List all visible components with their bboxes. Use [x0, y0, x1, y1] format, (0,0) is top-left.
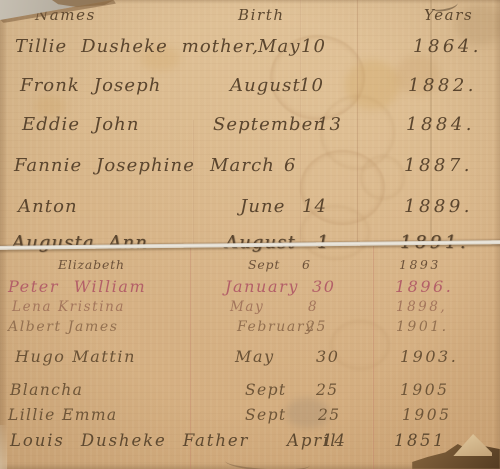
header-years: Years [424, 6, 473, 24]
name-cell: Eddie John [22, 114, 140, 135]
name-cell: Blancha [10, 381, 83, 399]
year-cell: 1898, [396, 299, 447, 315]
year-cell: 1903. [400, 347, 458, 366]
birth-month-cell: May [258, 36, 301, 57]
year-cell: 1905 [400, 381, 449, 399]
name-cell: Elizabeth [58, 257, 125, 272]
year-cell: 1896. [395, 277, 453, 296]
birth-month-cell: June [240, 196, 285, 217]
birth-month-cell: March [210, 155, 275, 176]
birth-day-cell: 14 [322, 431, 347, 450]
table-row: Louis Dusheke Father April 14 1851 [0, 431, 500, 457]
table-row: Lillie Emma Sept 25 1905 [0, 406, 500, 432]
register-page: Names Birth Years Tillie Dusheke mother,… [0, 0, 500, 469]
birth-day-cell: 8 [308, 299, 318, 315]
year-cell: 1887. [404, 155, 473, 176]
birth-day-cell: 25 [306, 319, 327, 335]
birth-day-cell: 25 [318, 406, 341, 424]
table-row: Albert James February 25 1901. [0, 319, 500, 345]
birth-day-cell: 13 [317, 114, 342, 135]
birth-day-cell: 10 [301, 36, 326, 57]
table-row: Hugo Mattin May 30 1903. [0, 347, 500, 373]
name-cell: Fannie Josephine [14, 155, 195, 176]
birth-month-cell: Sept [245, 406, 287, 424]
name-cell: Fronk Joseph [20, 75, 161, 96]
birth-day-cell: 25 [316, 381, 339, 399]
name-cell: Louis Dusheke Father [10, 431, 249, 450]
name-cell: Lena Kristina [12, 299, 125, 315]
year-cell: 1851 [394, 431, 446, 450]
header-birth: Birth [238, 6, 285, 24]
name-cell: Lillie Emma [8, 406, 118, 424]
birth-day-cell: 14 [302, 196, 327, 217]
name-cell: Albert James [8, 319, 119, 335]
year-cell: 1882. [408, 75, 477, 96]
year-cell: 1884. [406, 114, 475, 135]
name-cell: Tillie Dusheke mother, [15, 36, 259, 57]
birth-month-cell: February [237, 319, 315, 335]
birth-month-cell: Sept [248, 257, 280, 272]
birth-month-cell: January [225, 277, 299, 296]
year-cell: 1893 [399, 257, 441, 272]
birth-day-cell: 30 [316, 347, 340, 366]
birth-month-cell: May [235, 347, 275, 366]
table-row: Blancha Sept 25 1905 [0, 381, 500, 407]
birth-month-cell: May [230, 299, 264, 315]
table-row: Anton June 14 1889. [0, 196, 500, 222]
table-row: Fannie Josephine March 6 1887. [0, 155, 500, 181]
table-row: Tillie Dusheke mother, May 10 1864. [0, 36, 500, 62]
year-cell: 1864. [413, 36, 482, 57]
birth-month-cell: August [230, 75, 301, 96]
birth-month-cell: Sept [245, 381, 287, 399]
year-cell: 1889. [404, 196, 473, 217]
name-cell: Peter William [8, 277, 146, 296]
year-cell: 1905 [402, 406, 451, 424]
year-cell: 1901. [396, 319, 449, 335]
name-cell: Augusta Ann [12, 232, 148, 253]
table-row: Eddie John September 13 1884. [0, 114, 500, 140]
birth-day-cell: 10 [299, 75, 324, 96]
birth-month-cell: September [213, 114, 323, 135]
name-cell: Hugo Mattin [15, 347, 136, 366]
table-row: Fronk Joseph August 10 1882. [0, 75, 500, 101]
birth-day-cell: 6 [302, 257, 311, 272]
birth-day-cell: 6 [284, 155, 297, 176]
birth-day-cell: 30 [312, 277, 336, 296]
name-cell: Anton [18, 196, 78, 217]
